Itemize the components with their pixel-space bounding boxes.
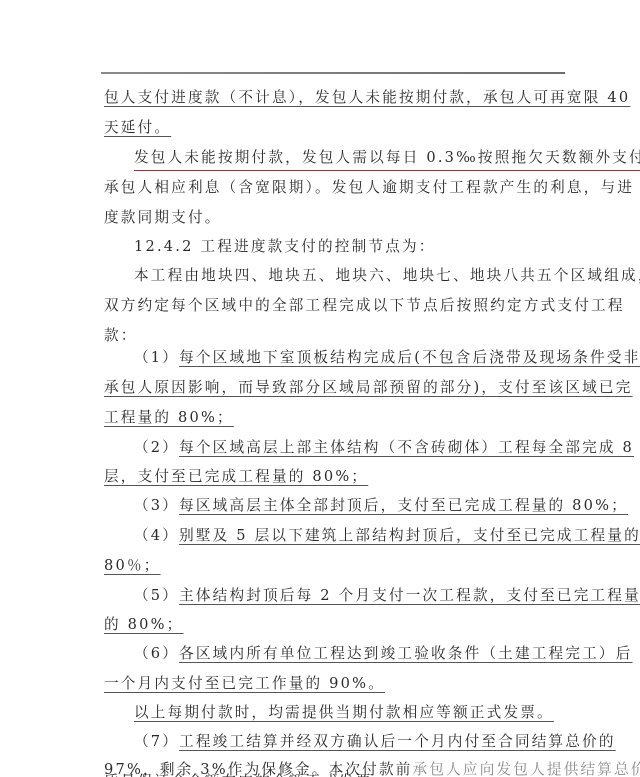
header-rule (101, 72, 565, 74)
text-span: 工程竣工结算并经双方确认后一个月内付至合同结算总价的 (179, 733, 616, 750)
text-span: 各区域内所有单位工程达到竣工验收条件（土建工程完工）后 (179, 645, 632, 662)
text-span: 80％； (104, 557, 161, 574)
text-line-cut-off: 质量保证金金额在内的全额正式发票 (104, 772, 566, 777)
text-span: 别墅及 5 层以下建筑上部结构封顶后，支付至已完成工程量的 (179, 527, 640, 544)
list-marker: （1） (134, 349, 179, 366)
text-span: 每个区域地下室顶板结构完成后(不包含后浇带及现场条件受非 (179, 349, 640, 366)
text-span: 天延付。 (104, 119, 171, 136)
list-item-5: （5）主体结构封顶后每 2 个月支付一次工程款，支付至已完工程量 (134, 586, 566, 608)
list-item-6: （6）各区域内所有单位工程达到竣工验收条件（土建工程完工）后 (134, 644, 566, 666)
text-span: 层，支付至已完成工程量的 80%； (104, 468, 368, 485)
text-line: 的 80%； (104, 615, 566, 637)
text-span: 工程量的 80%； (104, 409, 234, 426)
text-line-red-underline: 发包人未能按期付款，发包人需以每日 0.3‰按照拖欠天数额外支付 (134, 148, 566, 170)
list-marker: （7） (134, 733, 179, 750)
text-span: 一个月内支付至已完工作量的 90%。 (104, 675, 385, 692)
list-item-7: （7）工程竣工结算并经双方确认后一个月内付至合同结算总价的 (134, 732, 566, 754)
text-line: 度款同期支付。 (104, 208, 566, 230)
text-line: 款： (104, 326, 566, 348)
document-page: 包人支付进度款（不计息），发包人未能按期付款，承包人可再宽限 40 天延付。 发… (0, 0, 640, 777)
text-line: 层，支付至已完成工程量的 80%； (104, 467, 566, 489)
text-line: 本工程由地块四、地块五、地块六、地块七、地块八共五个区域组成， (134, 266, 566, 288)
text-line: 一个月内支付至已完工作量的 90%。 (104, 674, 566, 696)
list-marker: （2） (134, 439, 179, 456)
text-line: 包人支付进度款（不计息），发包人未能按期付款，承包人可再宽限 40 (104, 88, 566, 110)
red-underlined-span: 发包人未能按期付款，发包人需以每日 0.3‰按照拖欠天数额外支付 (134, 148, 640, 171)
list-item-1: （1）每个区域地下室顶板结构完成后(不包含后浇带及现场条件受非 (134, 348, 566, 370)
text-line: 承包人相应利息（含宽限期）。发包人逾期支付工程款产生的利息，与进 (104, 178, 566, 200)
list-marker: （4） (134, 527, 179, 544)
text-line: 双方约定每个区域中的全部工程完成以下节点后按照约定方式支付工程 (104, 296, 566, 318)
list-marker: （6） (134, 645, 179, 662)
text-line: 80％； (104, 556, 566, 578)
list-marker: （5） (134, 587, 179, 604)
text-line: 以上每期付款时，均需提供当期付款相应等额正式发票。 (134, 703, 566, 725)
list-marker: （3） (134, 497, 179, 514)
text-span: 每个区域高层上部主体结构（不含砖砌体）工程每全部完成 8 (179, 439, 634, 456)
text-span: 以上每期付款时，均需提供当期付款相应等额正式发票。 (134, 704, 554, 721)
text-line: 天延付。 (104, 118, 566, 140)
text-span: 的 80%； (104, 616, 183, 633)
section-heading: 12.4.2 工程进度款支付的控制节点为： (134, 237, 566, 259)
text-line: 工程量的 80%； (104, 408, 566, 430)
text-line: 承包人原因影响，而导致部分区域局部预留的部分)，支付至该区域已完 (104, 378, 566, 400)
list-item-2: （2）每个区域高层上部主体结构（不含砖砌体）工程每全部完成 8 (134, 438, 566, 460)
list-item-4: （4）别墅及 5 层以下建筑上部结构封顶后，支付至已完成工程量的 (134, 526, 566, 548)
text-span: 主体结构封顶后每 2 个月支付一次工程款，支付至已完工程量 (179, 587, 640, 604)
list-item-3: （3）每区域高层主体全部封顶后，支付至已完成工程量的 80%； (134, 496, 566, 518)
text-span: 每区域高层主体全部封顶后，支付至已完成工程量的 80%； (179, 497, 628, 514)
